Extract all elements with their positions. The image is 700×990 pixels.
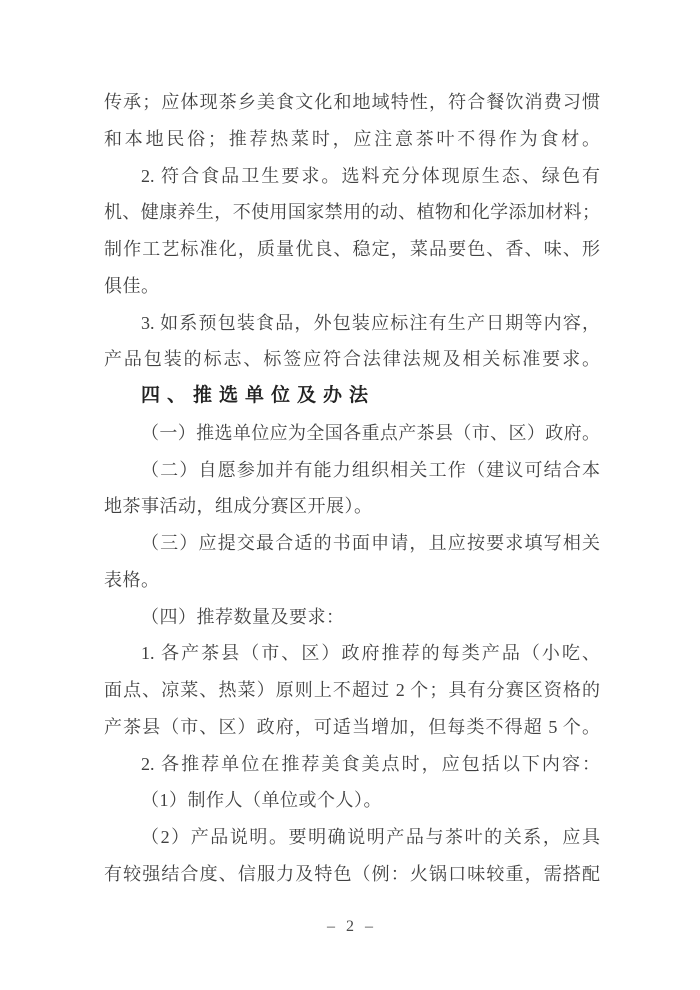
text-line: （1）制作人（单位或个人）。 bbox=[104, 782, 600, 819]
text-line: 3. 如系预包装食品，外包装应标注有生产日期等内容， bbox=[104, 305, 600, 342]
text-line: （四）推荐数量及要求： bbox=[104, 599, 600, 636]
text-line: （二）自愿参加并有能力组织相关工作（建议可结合本 bbox=[104, 452, 600, 489]
text-line: 1. 各产茶县（市、区）政府推荐的每类产品（小吃、 bbox=[104, 635, 600, 672]
text-line: 面点、凉菜、热菜）原则上不超过 2 个；具有分赛区资格的 bbox=[104, 672, 600, 709]
text-line: 传承；应体现茶乡美食文化和地域特性，符合餐饮消费习惯 bbox=[104, 84, 600, 121]
document-page: 传承；应体现茶乡美食文化和地域特性，符合餐饮消费习惯和本地民俗；推荐热菜时，应注… bbox=[0, 0, 700, 990]
section-heading: 四、推选单位及办法 bbox=[104, 378, 600, 415]
text-line: 2. 符合食品卫生要求。选料充分体现原生态、绿色有 bbox=[104, 158, 600, 195]
text-line: 机、健康养生，不使用国家禁用的动、植物和化学添加材料； bbox=[104, 194, 600, 231]
text-line: （2）产品说明。要明确说明产品与茶叶的关系，应具 bbox=[104, 819, 600, 856]
text-line: 和本地民俗；推荐热菜时，应注意茶叶不得作为食材。 bbox=[104, 121, 600, 158]
text-line: 产茶县（市、区）政府，可适当增加，但每类不得超 5 个。 bbox=[104, 709, 600, 746]
text-line: 制作工艺标准化，质量优良、稳定，菜品要色、香、味、形 bbox=[104, 231, 600, 268]
text-line: 有较强结合度、信服力及特色（例：火锅口味较重，需搭配 bbox=[104, 856, 600, 893]
text-line: （三）应提交最合适的书面申请，且应按要求填写相关 bbox=[104, 525, 600, 562]
text-line: 地茶事活动，组成分赛区开展）。 bbox=[104, 488, 600, 525]
text-line: （一）推选单位应为全国各重点产茶县（市、区）政府。 bbox=[104, 415, 600, 452]
document-body: 传承；应体现茶乡美食文化和地域特性，符合餐饮消费习惯和本地民俗；推荐热菜时，应注… bbox=[104, 84, 600, 893]
text-line: 产品包装的标志、标签应符合法律法规及相关标准要求。 bbox=[104, 341, 600, 378]
page-number: – 2 – bbox=[0, 918, 700, 936]
text-line: 表格。 bbox=[104, 562, 600, 599]
text-line: 俱佳。 bbox=[104, 268, 600, 305]
text-line: 2. 各推荐单位在推荐美食美点时，应包括以下内容： bbox=[104, 746, 600, 783]
